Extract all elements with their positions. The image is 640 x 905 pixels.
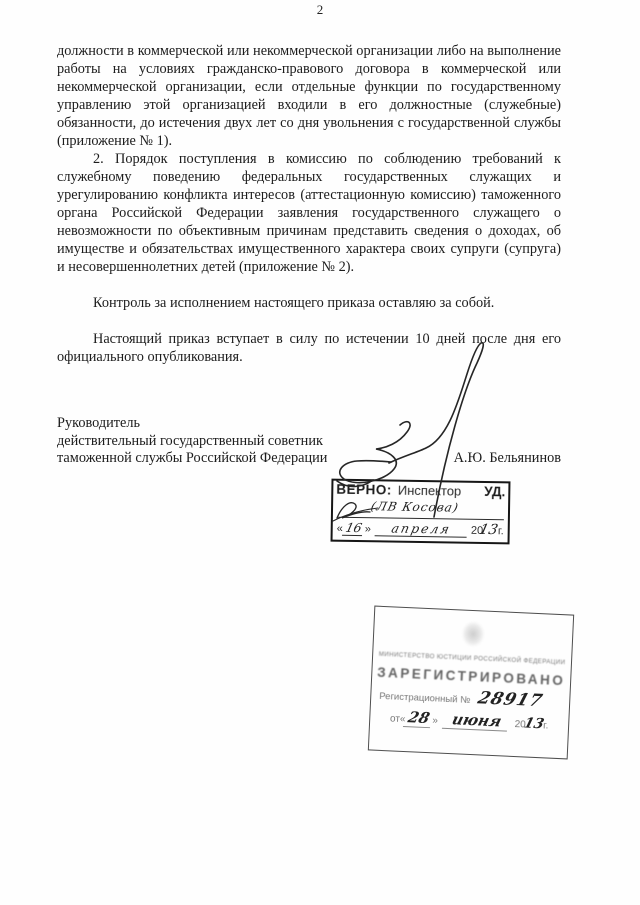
handwritten-day: 28 [403, 708, 435, 728]
document-body: должности в коммерческой или некоммерчес… [57, 42, 561, 468]
quote-close: » [365, 523, 371, 535]
registration-stamp: МИНИСТЕРСТВО ЮСТИЦИИ РОССИЙСКОЙ ФЕДЕРАЦИ… [368, 606, 574, 760]
paragraph-continuation: должности в коммерческой или некоммерчес… [57, 42, 561, 150]
paragraph-item-2: 2. Порядок поступления в комиссию по соб… [57, 150, 561, 276]
quote-close: » [432, 715, 438, 726]
signer-position-line: действительный государственный советник [57, 433, 327, 451]
inspector-handwritten-name: (ЛВ Косова) [369, 499, 460, 514]
month-line: апреля [375, 520, 467, 537]
coat-of-arms-emblem-icon [457, 616, 489, 651]
signer-position: Руководитель действительный государствен… [57, 415, 327, 468]
handwritten-registration-number: 28917 [475, 688, 545, 711]
handwritten-year: 13 [522, 716, 546, 733]
from-label: от [390, 713, 400, 724]
certification-date-line: « 16 » апреля 20 13 г. [333, 518, 508, 539]
department-label: УД. [484, 484, 505, 499]
page-number: 2 [0, 2, 640, 18]
handwritten-day: 16 [342, 520, 366, 536]
scanned-document-page: 2 должности в коммерческой или некоммерч… [0, 0, 640, 905]
ministry-name: МИНИСТЕРСТВО ЮСТИЦИИ РОССИЙСКОЙ ФЕДЕРАЦИ… [375, 651, 569, 667]
year-suffix: г. [498, 525, 504, 537]
verno-label: ВЕРНО: [336, 482, 392, 498]
handwritten-year: 13 [478, 522, 499, 538]
inspector-label: Инспектор [394, 483, 485, 499]
signer-name: А.Ю. Бельянинов [454, 449, 561, 468]
signer-position-line: Руководитель [57, 415, 327, 433]
inspector-signature-line: (ЛВ Косова) [337, 497, 504, 521]
paragraph-control: Контроль за исполнением настоящего прика… [57, 294, 561, 312]
certification-stamp: ВЕРНО: Инспектор УД. (ЛВ Косова) « 16 » … [331, 479, 511, 545]
paragraph-entry-into-force: Настоящий приказ вступает в силу по исте… [57, 330, 561, 366]
signer-position-line: таможенной службы Российской Федерации [57, 450, 327, 468]
handwritten-month: апреля [390, 521, 453, 537]
handwritten-month: июня [441, 710, 511, 732]
signature-block: Руководитель действительный государствен… [57, 415, 561, 468]
